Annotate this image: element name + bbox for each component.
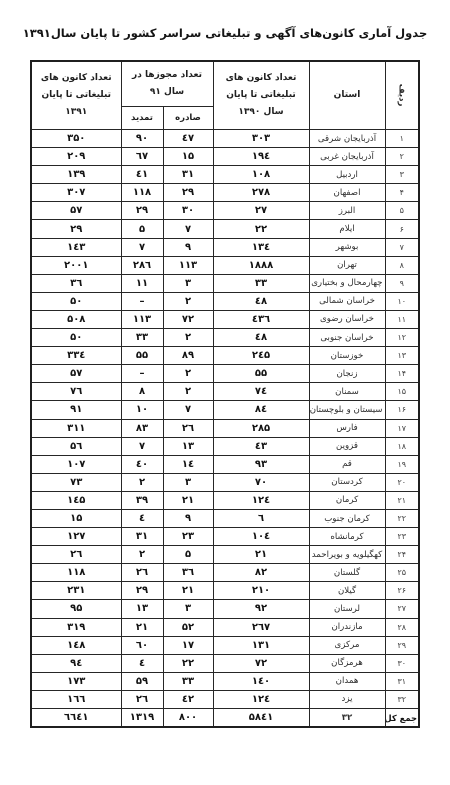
table-row: ۵ البرز ۲۷ ۳۰ ۲۹ ۵۷: [31, 202, 419, 220]
table-row: ۱۳ خوزستان ۲٤۵ ۸۹ ۵۵ ۳۳٤: [31, 347, 419, 365]
row-number-cell: ۵: [385, 202, 419, 220]
count-1390-cell: ۵۵: [213, 365, 309, 383]
renewed-cell: ۲۹: [121, 582, 163, 600]
province-cell: کرمان جنوب: [309, 509, 385, 527]
table-row: ۱۸ قزوین ٤۳ ۱۳ ۷ ۵٦: [31, 437, 419, 455]
count-1391-cell: ۱۳۹: [31, 166, 121, 184]
province-cell: گیلان: [309, 582, 385, 600]
province-cell: خراسان شمالی: [309, 292, 385, 310]
count-1390-cell: ٦: [213, 509, 309, 527]
scanned-document-page: جدول آماری کانون‌های آگهی و تبلیغاتی سرا…: [0, 0, 450, 785]
table-row: ۴ اصفهان ۲۷۸ ۲۹ ۱۱۸ ۳۰۷: [31, 184, 419, 202]
count-1391-cell: ۱۷۳: [31, 672, 121, 690]
renewed-cell: ۵: [121, 220, 163, 238]
renewed-cell: ۲: [121, 473, 163, 491]
province-cell: گلستان: [309, 564, 385, 582]
table-row: ۱۴ زنجان ۵۵ ۲ – ۵۷: [31, 365, 419, 383]
row-number-cell: ۲۱: [385, 491, 419, 509]
province-cell: کهگیلویه و بویراحمد: [309, 546, 385, 564]
count-1390-cell: ۳۰۳: [213, 130, 309, 148]
row-number-cell: ۲۹: [385, 636, 419, 654]
renewed-cell: –: [121, 365, 163, 383]
statistics-table: ردیف استان تعداد کانون های تبلیغاتی تا پ…: [30, 60, 420, 728]
province-cell: قزوین: [309, 437, 385, 455]
renewed-cell: ۸: [121, 383, 163, 401]
table-body: ۱ آذربایجان شرقی ۳۰۳ ٤۷ ۹۰ ۳۵۰ ۲ آذربایج…: [31, 130, 419, 728]
count-1390-cell: ۵۸٤۱: [213, 709, 309, 728]
row-number-cell: ۱۴: [385, 365, 419, 383]
count-1390-cell: ۱۲٤: [213, 491, 309, 509]
renewed-cell: ۲۸٦: [121, 256, 163, 274]
count-1390-cell: ۷۰: [213, 473, 309, 491]
count-1391-cell: ۳۱۹: [31, 618, 121, 636]
header-licenses-91: تعداد مجوزها در سال ۹۱: [121, 61, 213, 107]
issued-cell: ۹: [163, 509, 213, 527]
province-cell: یزد: [309, 690, 385, 708]
renewed-cell: ۱۰: [121, 401, 163, 419]
row-number-cell: ۲۳: [385, 528, 419, 546]
table-row: ۲۷ لرستان ۹۲ ۳ ۱۳ ۹۵: [31, 600, 419, 618]
count-1391-cell: ۳۱۱: [31, 419, 121, 437]
header-until-1390: تعداد کانون های تبلیغاتی تا پایان سال ۱۳…: [213, 61, 309, 130]
count-1391-cell: ۲۰۰۱: [31, 256, 121, 274]
row-number-cell: ۳۰: [385, 654, 419, 672]
province-cell: فارس: [309, 419, 385, 437]
issued-cell: ۳۰: [163, 202, 213, 220]
count-1390-cell: ۲۸۵: [213, 419, 309, 437]
renewed-cell: ٤۰: [121, 455, 163, 473]
count-1390-cell: ٤۸: [213, 292, 309, 310]
count-1391-cell: ۳۰۷: [31, 184, 121, 202]
province-cell: زنجان: [309, 365, 385, 383]
count-1390-cell: ۸۲: [213, 564, 309, 582]
count-1391-cell: ۹۵: [31, 600, 121, 618]
table-row: ۸ تهران ۱۸۸۸ ۱۱۳ ۲۸٦ ۲۰۰۱: [31, 256, 419, 274]
table-row: ۱۷ فارس ۲۸۵ ۲٦ ۸۳ ۳۱۱: [31, 419, 419, 437]
count-1390-cell: ۲۷۸: [213, 184, 309, 202]
table-row: ۲۲ کرمان جنوب ٦ ۹ ٤ ۱۵: [31, 509, 419, 527]
issued-cell: ۹: [163, 238, 213, 256]
issued-cell: ۲: [163, 292, 213, 310]
table-row: ۱۵ سمنان ۷٤ ۲ ۸ ۷٦: [31, 383, 419, 401]
header-row-number-label: ردیف: [394, 84, 410, 107]
renewed-cell: ۳۹: [121, 491, 163, 509]
issued-cell: ۷: [163, 401, 213, 419]
header-renewed: تمدید: [121, 107, 163, 130]
count-1390-cell: ۱٤۰: [213, 672, 309, 690]
renewed-cell: ۱۱۳: [121, 310, 163, 328]
renewed-cell: ۲۱: [121, 618, 163, 636]
count-1391-cell: ۱۰۷: [31, 455, 121, 473]
province-cell: خوزستان: [309, 347, 385, 365]
province-cell: خراسان رضوی: [309, 310, 385, 328]
renewed-cell: ٦۰: [121, 636, 163, 654]
row-number-cell: ۲۵: [385, 564, 419, 582]
count-1391-cell: ۳۵۰: [31, 130, 121, 148]
renewed-cell: ۲٦: [121, 564, 163, 582]
renewed-cell: ۳۱: [121, 528, 163, 546]
province-cell: سیستان و بلوچستان: [309, 401, 385, 419]
row-number-cell: ۱: [385, 130, 419, 148]
table-row: ۱۶ سیستان و بلوچستان ۸٤ ۷ ۱۰ ۹۱: [31, 401, 419, 419]
issued-cell: ۵: [163, 546, 213, 564]
table-row: ۲۴ کهگیلویه و بویراحمد ۲۱ ۵ ۲ ۲٦: [31, 546, 419, 564]
province-cell: اردبیل: [309, 166, 385, 184]
row-number-cell: ۶: [385, 220, 419, 238]
renewed-cell: ۱۳: [121, 600, 163, 618]
table-row: ۱ آذربایجان شرقی ۳۰۳ ٤۷ ۹۰ ۳۵۰: [31, 130, 419, 148]
count-1391-cell: ۱٤۸: [31, 636, 121, 654]
row-number-cell: ۲۲: [385, 509, 419, 527]
issued-cell: ۸۰۰: [163, 709, 213, 728]
count-1391-cell: ۷٦: [31, 383, 121, 401]
province-cell: مرکزی: [309, 636, 385, 654]
row-number-cell: ۲۰: [385, 473, 419, 491]
issued-cell: ۲۳: [163, 528, 213, 546]
count-1391-cell: ۳۳٤: [31, 347, 121, 365]
row-number-cell: ۹: [385, 274, 419, 292]
row-number-cell: ۱۵: [385, 383, 419, 401]
issued-cell: ۱۵: [163, 148, 213, 166]
issued-cell: ۲۲: [163, 654, 213, 672]
table-row: ۱۰ خراسان شمالی ٤۸ ۲ – ۵۰: [31, 292, 419, 310]
count-1391-cell: ۲٦: [31, 546, 121, 564]
issued-cell: ۱۷: [163, 636, 213, 654]
table-row: ۲۳ کرمانشاه ۱۰٤ ۲۳ ۳۱ ۱۲۷: [31, 528, 419, 546]
issued-cell: ۲۱: [163, 582, 213, 600]
count-1391-cell: ۵۷: [31, 202, 121, 220]
row-number-cell: ۱۱: [385, 310, 419, 328]
province-cell: آذربایجان غربی: [309, 148, 385, 166]
renewed-cell: ۸۳: [121, 419, 163, 437]
issued-cell: ٤۲: [163, 690, 213, 708]
row-number-cell: ۷: [385, 238, 419, 256]
issued-cell: ۲۱: [163, 491, 213, 509]
count-1390-cell: ۱۰۸: [213, 166, 309, 184]
row-number-cell: ۱۷: [385, 419, 419, 437]
count-1390-cell: ۹۲: [213, 600, 309, 618]
row-number-cell: ۸: [385, 256, 419, 274]
count-1390-cell: ۳۳: [213, 274, 309, 292]
count-1391-cell: ۲۹: [31, 220, 121, 238]
count-1391-cell: ۱٦٦: [31, 690, 121, 708]
count-1390-cell: ۱۳۱: [213, 636, 309, 654]
count-1391-cell: ۹٤: [31, 654, 121, 672]
header-issued: صادره: [163, 107, 213, 130]
renewed-cell: ۲٦: [121, 690, 163, 708]
renewed-cell: ۷: [121, 437, 163, 455]
header-until-1391: تعداد کانون های تبلیغاتی تا پایان ۱۳۹۱: [31, 61, 121, 130]
count-1391-cell: ۱٤۵: [31, 491, 121, 509]
province-cell: کرمانشاه: [309, 528, 385, 546]
count-1391-cell: ۵٦: [31, 437, 121, 455]
issued-cell: ۲۹: [163, 184, 213, 202]
count-1391-cell: ۱۲۷: [31, 528, 121, 546]
count-1391-cell: ۷۳: [31, 473, 121, 491]
province-cell: مازندران: [309, 618, 385, 636]
table-row: ۶ ایلام ۲۲ ۷ ۵ ۲۹: [31, 220, 419, 238]
count-1390-cell: ۲۷: [213, 202, 309, 220]
count-1390-cell: ۱۸۸۸: [213, 256, 309, 274]
province-cell: همدان: [309, 672, 385, 690]
count-1390-cell: ۱۹٤: [213, 148, 309, 166]
count-1391-cell: ۱٤۳: [31, 238, 121, 256]
row-number-cell: ۲۸: [385, 618, 419, 636]
grand-total-row: جمع کل ۳۲ ۵۸٤۱ ۸۰۰ ۱۳۱۹ ٦٦٤۱: [31, 709, 419, 728]
row-number-cell: جمع کل: [385, 709, 419, 728]
table-row: ۲۸ مازندران ۲٦۷ ۵۲ ۲۱ ۳۱۹: [31, 618, 419, 636]
count-1391-cell: ٦٦٤۱: [31, 709, 121, 728]
row-number-cell: ۲۴: [385, 546, 419, 564]
header-province: استان: [309, 61, 385, 130]
count-1390-cell: ۲٦۷: [213, 618, 309, 636]
table-row: ۱۲ خراسان جنوبی ٤۸ ۲ ۳۳ ۵۰: [31, 329, 419, 347]
count-1390-cell: ۱۳٤: [213, 238, 309, 256]
issued-cell: ۷۲: [163, 310, 213, 328]
row-number-cell: ۲۶: [385, 582, 419, 600]
count-1390-cell: ٤۸: [213, 329, 309, 347]
province-cell: بوشهر: [309, 238, 385, 256]
renewed-cell: ٦۷: [121, 148, 163, 166]
province-cell: خراسان جنوبی: [309, 329, 385, 347]
province-cell: لرستان: [309, 600, 385, 618]
province-cell: کردستان: [309, 473, 385, 491]
issued-cell: ۳۱: [163, 166, 213, 184]
count-1391-cell: ۱۱۸: [31, 564, 121, 582]
row-number-cell: ۱۶: [385, 401, 419, 419]
count-1390-cell: ۲۱۰: [213, 582, 309, 600]
table-row: ۳۰ هرمزگان ۷۲ ۲۲ ٤ ۹٤: [31, 654, 419, 672]
table-row: ۳۱ همدان ۱٤۰ ۳۳ ۵۹ ۱۷۳: [31, 672, 419, 690]
issued-cell: ۲٦: [163, 419, 213, 437]
province-cell: تهران: [309, 256, 385, 274]
province-cell: البرز: [309, 202, 385, 220]
province-cell: هرمزگان: [309, 654, 385, 672]
count-1391-cell: ۵۰۸: [31, 310, 121, 328]
count-1390-cell: ۲۲: [213, 220, 309, 238]
table-row: ۹ چهارمحال و بختیاری ۳۳ ۳ ۱۱ ۳٦: [31, 274, 419, 292]
issued-cell: ۲: [163, 365, 213, 383]
count-1390-cell: ٤۳: [213, 437, 309, 455]
count-1390-cell: ۲۱: [213, 546, 309, 564]
issued-cell: ٤۷: [163, 130, 213, 148]
province-cell: سمنان: [309, 383, 385, 401]
table-row: ۲۰ کردستان ۷۰ ۳ ۲ ۷۳: [31, 473, 419, 491]
table-row: ۷ بوشهر ۱۳٤ ۹ ۷ ۱٤۳: [31, 238, 419, 256]
count-1390-cell: ۷۲: [213, 654, 309, 672]
count-1390-cell: ۱۲٤: [213, 690, 309, 708]
renewed-cell: ۷: [121, 238, 163, 256]
row-number-cell: ۴: [385, 184, 419, 202]
renewed-cell: ٤: [121, 509, 163, 527]
count-1391-cell: ۵۷: [31, 365, 121, 383]
issued-cell: ۳۳: [163, 672, 213, 690]
table-row: ۲ آذربایجان غربی ۱۹٤ ۱۵ ٦۷ ۲۰۹: [31, 148, 419, 166]
table-row: ۲۵ گلستان ۸۲ ۳٦ ۲٦ ۱۱۸: [31, 564, 419, 582]
count-1391-cell: ۵۰: [31, 292, 121, 310]
table-row: ۱۹ قم ۹۳ ۱٤ ٤۰ ۱۰۷: [31, 455, 419, 473]
row-number-cell: ۱۹: [385, 455, 419, 473]
issued-cell: ۱٤: [163, 455, 213, 473]
issued-cell: ۱۳: [163, 437, 213, 455]
province-cell: ایلام: [309, 220, 385, 238]
count-1390-cell: ۱۰٤: [213, 528, 309, 546]
issued-cell: ۲: [163, 329, 213, 347]
count-1390-cell: ۷٤: [213, 383, 309, 401]
renewed-cell: ۱۱: [121, 274, 163, 292]
count-1391-cell: ۹۱: [31, 401, 121, 419]
issued-cell: ۳: [163, 274, 213, 292]
issued-cell: ۳: [163, 473, 213, 491]
count-1390-cell: ۸٤: [213, 401, 309, 419]
row-number-cell: ۳۱: [385, 672, 419, 690]
count-1391-cell: ۵۰: [31, 329, 121, 347]
table-row: ۳۲ یزد ۱۲٤ ٤۲ ۲٦ ۱٦٦: [31, 690, 419, 708]
table-header: ردیف استان تعداد کانون های تبلیغاتی تا پ…: [31, 61, 419, 130]
renewed-cell: ٤: [121, 654, 163, 672]
row-number-cell: ۱۰: [385, 292, 419, 310]
renewed-cell: –: [121, 292, 163, 310]
issued-cell: ۳: [163, 600, 213, 618]
province-cell: آذربایجان شرقی: [309, 130, 385, 148]
count-1390-cell: ۲٤۵: [213, 347, 309, 365]
row-number-cell: ۳۲: [385, 690, 419, 708]
row-number-cell: ۱۸: [385, 437, 419, 455]
row-number-cell: ۱۳: [385, 347, 419, 365]
renewed-cell: ۵۹: [121, 672, 163, 690]
count-1390-cell: ٤۳٦: [213, 310, 309, 328]
renewed-cell: ٤۱: [121, 166, 163, 184]
renewed-cell: ۱۱۸: [121, 184, 163, 202]
issued-cell: ۱۱۳: [163, 256, 213, 274]
count-1391-cell: ۲۳۱: [31, 582, 121, 600]
province-cell: اصفهان: [309, 184, 385, 202]
count-1390-cell: ۹۳: [213, 455, 309, 473]
page-title: جدول آماری کانون‌های آگهی و تبلیغاتی سرا…: [0, 0, 450, 40]
count-1391-cell: ۲۰۹: [31, 148, 121, 166]
province-cell: ۳۲: [309, 709, 385, 728]
row-number-cell: ۲۷: [385, 600, 419, 618]
row-number-cell: ۳: [385, 166, 419, 184]
province-cell: کرمان: [309, 491, 385, 509]
renewed-cell: ۲: [121, 546, 163, 564]
count-1391-cell: ۱۵: [31, 509, 121, 527]
table-row: ۲۶ گیلان ۲۱۰ ۲۱ ۲۹ ۲۳۱: [31, 582, 419, 600]
table-row: ۲۹ مرکزی ۱۳۱ ۱۷ ٦۰ ۱٤۸: [31, 636, 419, 654]
issued-cell: ۷: [163, 220, 213, 238]
issued-cell: ۵۲: [163, 618, 213, 636]
table-row: ۱۱ خراسان رضوی ٤۳٦ ۷۲ ۱۱۳ ۵۰۸: [31, 310, 419, 328]
renewed-cell: ۳۳: [121, 329, 163, 347]
renewed-cell: ۱۳۱۹: [121, 709, 163, 728]
issued-cell: ۳٦: [163, 564, 213, 582]
renewed-cell: ۹۰: [121, 130, 163, 148]
count-1391-cell: ۳٦: [31, 274, 121, 292]
renewed-cell: ۲۹: [121, 202, 163, 220]
header-row-number: ردیف: [385, 61, 419, 130]
province-cell: قم: [309, 455, 385, 473]
row-number-cell: ۲: [385, 148, 419, 166]
issued-cell: ۸۹: [163, 347, 213, 365]
table-row: ۳ اردبیل ۱۰۸ ۳۱ ٤۱ ۱۳۹: [31, 166, 419, 184]
province-cell: چهارمحال و بختیاری: [309, 274, 385, 292]
row-number-cell: ۱۲: [385, 329, 419, 347]
renewed-cell: ۵۵: [121, 347, 163, 365]
table-row: ۲۱ کرمان ۱۲٤ ۲۱ ۳۹ ۱٤۵: [31, 491, 419, 509]
issued-cell: ۲: [163, 383, 213, 401]
